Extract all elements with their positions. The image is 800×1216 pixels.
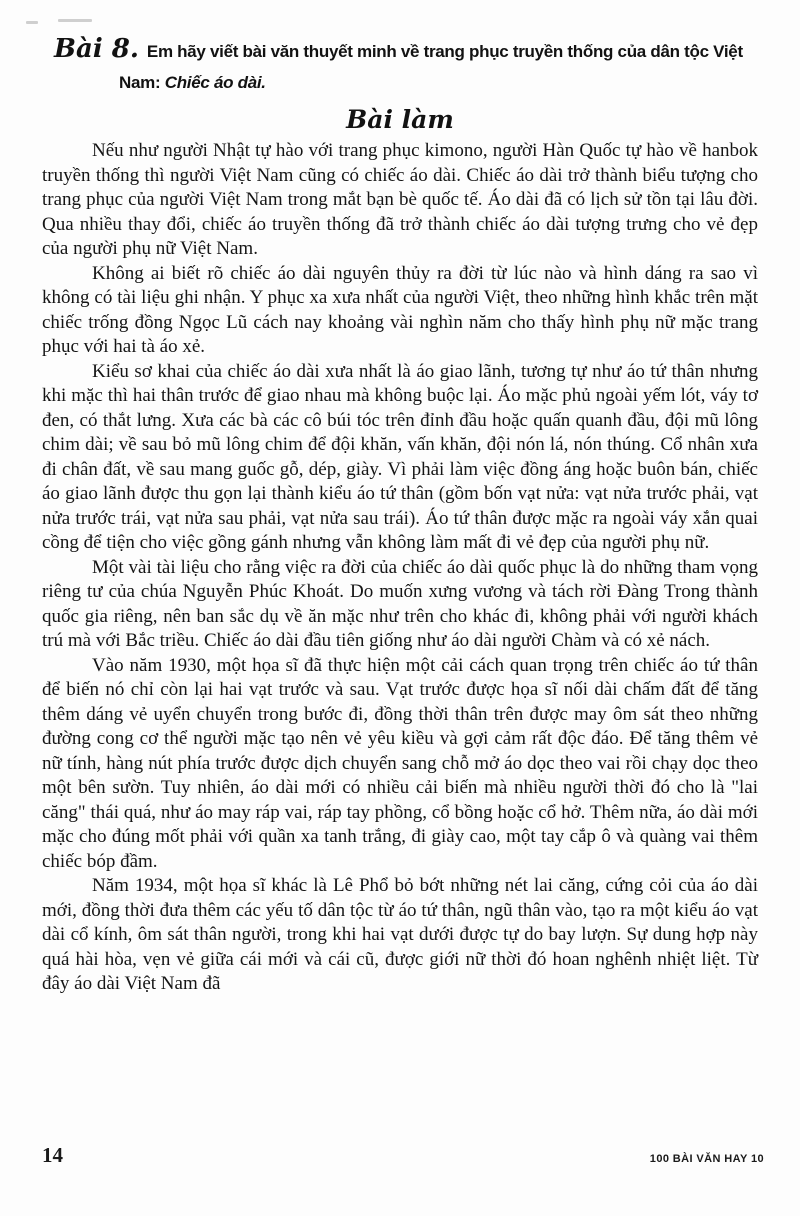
scan-artifact <box>26 21 38 24</box>
page-number: 14 <box>42 1143 63 1168</box>
page-footer: 14 100 BÀI VĂN HAY 10 <box>42 1143 764 1168</box>
book-page: Bài 8.Em hãy viết bài văn thuyết minh về… <box>0 0 800 1216</box>
exercise-prompt-topic: Chiếc áo dài. <box>165 73 266 92</box>
running-title: 100 BÀI VĂN HAY 10 <box>650 1153 764 1165</box>
essay-heading: Bài làm <box>0 105 800 134</box>
scan-artifact <box>58 19 92 22</box>
exercise-prompt: Bài 8.Em hãy viết bài văn thuyết minh về… <box>54 34 760 98</box>
paragraph: Nếu như người Nhật tự hào với trang phục… <box>42 139 758 262</box>
essay-body: Nếu như người Nhật tự hào với trang phục… <box>42 139 758 997</box>
paragraph: Năm 1934, một họa sĩ khác là Lê Phổ bỏ b… <box>42 874 758 997</box>
exercise-number: Bài 8. <box>54 34 147 64</box>
paragraph: Vào năm 1930, một họa sĩ đã thực hiện mộ… <box>42 654 758 875</box>
exercise-prompt-line2: Nam: <box>119 73 165 92</box>
paragraph: Không ai biết rõ chiếc áo dài nguyên thủ… <box>42 262 758 360</box>
paragraph: Một vài tài liệu cho rằng việc ra đời củ… <box>42 556 758 654</box>
paragraph: Kiểu sơ khai của chiếc áo dài xưa nhất l… <box>42 360 758 556</box>
exercise-prompt-line1: Em hãy viết bài văn thuyết minh về trang… <box>147 42 743 61</box>
